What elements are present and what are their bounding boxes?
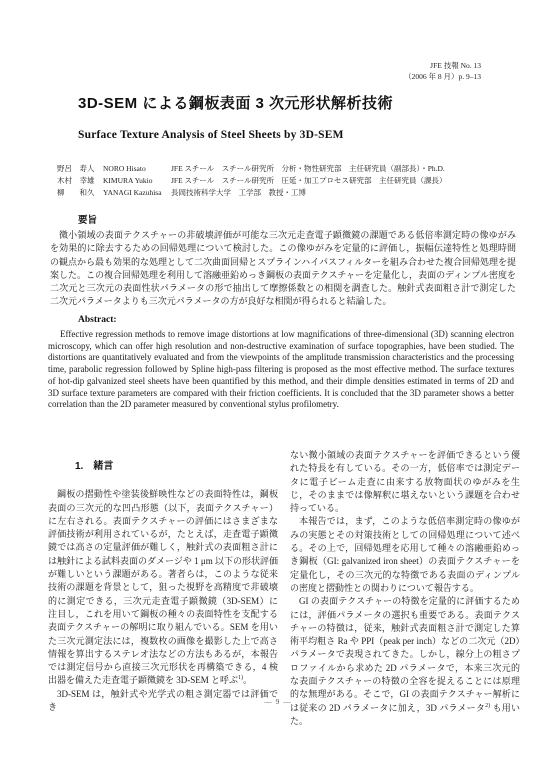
- intro-paragraph-1: 鋼板の摺動性や塗装後鮮映性などの表面特性は，鋼板表面の三次元的な凹凸形態（以下，…: [48, 488, 278, 687]
- author-name-en: KIMURA Yukio: [103, 175, 171, 187]
- paper-title-japanese: 3D-SEM による鋼板表面 3 次元形状解析技術: [78, 92, 393, 113]
- section-1-heading: 1. 緒言: [75, 460, 278, 473]
- intro-paragraph-4-text: GI の表面テクスチャーの特徴を定量的に評価するためには，評価パラメータの選択も…: [290, 596, 520, 712]
- abstract-en-body: Effective regression methods to remove i…: [48, 329, 514, 411]
- author-name-ja: 木村 幸雄: [57, 175, 103, 187]
- intro-paragraph-4: GI の表面テクスチャーの特徴を定量的に評価するためには，評価パラメータの選択も…: [290, 595, 520, 728]
- paper-page: JFE 技報 No. 13 （2006 年 8 月）p. 9–13 3D-SEM…: [0, 0, 556, 762]
- author-name-ja: 柳 和久: [57, 187, 103, 199]
- author-affiliation: 長岡技術科学大学 工学部 教授・工博: [171, 187, 517, 199]
- abstract-ja-body: 微小領域の表面テクスチャーの非破壊評価が可能な三次元走査電子顕微鏡の課題である低…: [50, 229, 516, 309]
- intro-paragraph-1-text: 鋼板の摺動性や塗装後鮮映性などの表面特性は，鋼板表面の三次元的な凹凸形態（以下，…: [48, 489, 278, 685]
- author-name-en: YANAGI Kazuhisa: [103, 187, 171, 199]
- journal-issue-pages: （2006 年 8 月）p. 9–13: [404, 71, 481, 82]
- intro-paragraph-3: 本報告では，まず，このような低倍率測定時の像ゆがみの実態とその対策技術としての回…: [290, 515, 520, 595]
- author-name-ja: 野呂 寿人: [57, 163, 103, 175]
- author-affiliation: JFE スチール スチール研究所 圧延・加工プロセス研究部 主任研究員（課長）: [171, 175, 517, 187]
- intro-paragraph-2-continued: ない微小領域の表面テクスチャーを評価できるという優れた特長を有している。その一方…: [290, 449, 520, 515]
- author-name-en: NORO Hisato: [103, 163, 171, 175]
- paper-title-english: Surface Texture Analysis of Steel Sheets…: [78, 129, 344, 141]
- intro-paragraph-1-end: 。: [243, 675, 252, 685]
- journal-header: JFE 技報 No. 13 （2006 年 8 月）p. 9–13: [404, 60, 481, 82]
- journal-name: JFE 技報 No. 13: [404, 60, 481, 71]
- author-affiliation: JFE スチール スチール研究所 分析・物性研究部 主任研究員（副部長）・Ph.…: [171, 163, 517, 175]
- abstract-en-heading: Abstract:: [78, 315, 117, 325]
- author-list: 野呂 寿人 NORO Hisato JFE スチール スチール研究所 分析・物性…: [57, 163, 517, 198]
- author-row: 木村 幸雄 KIMURA Yukio JFE スチール スチール研究所 圧延・加…: [57, 175, 517, 187]
- author-row: 野呂 寿人 NORO Hisato JFE スチール スチール研究所 分析・物性…: [57, 163, 517, 175]
- page-number: — 9 —: [0, 697, 556, 706]
- abstract-ja-heading: 要旨: [78, 212, 97, 226]
- author-row: 柳 和久 YANAGI Kazuhisa 長岡技術科学大学 工学部 教授・工博: [57, 187, 517, 199]
- body-column-right: ない微小領域の表面テクスチャーを評価できるという優れた特長を有している。その一方…: [290, 449, 520, 728]
- body-column-left: 1. 緒言 鋼板の摺動性や塗装後鮮映性などの表面特性は，鋼板表面の三次元的な凹凸…: [48, 460, 278, 714]
